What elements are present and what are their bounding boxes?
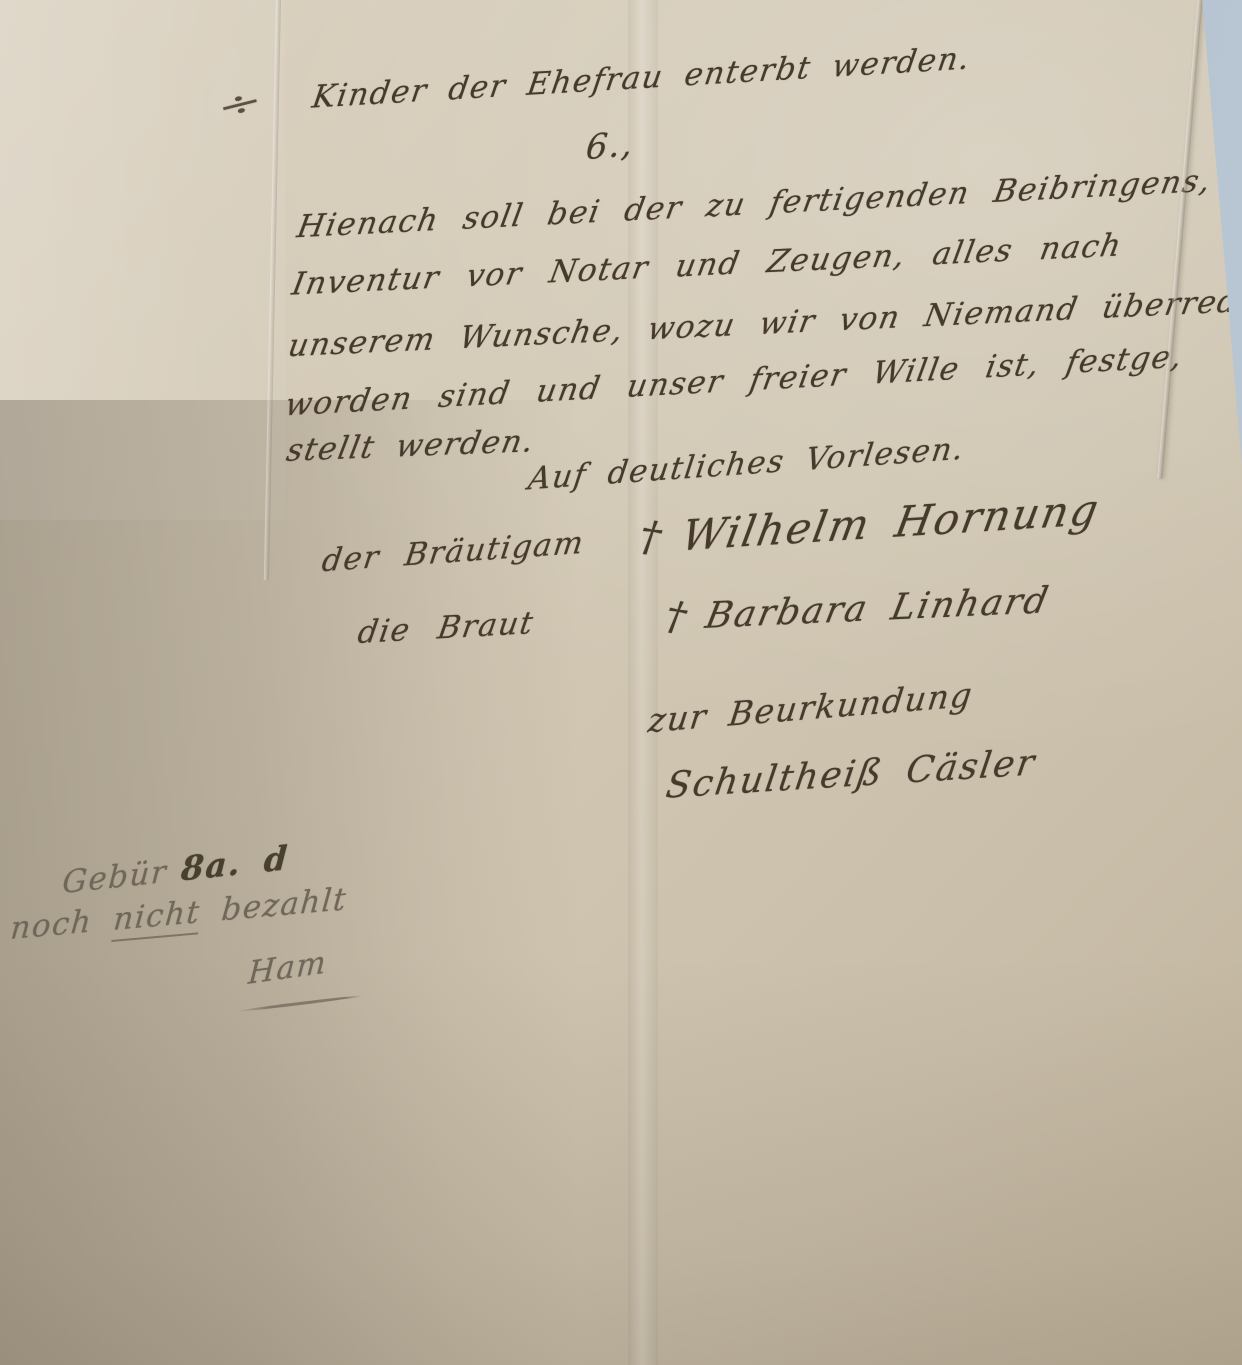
paper-edge-shadow [1157,0,1203,479]
bride-cross-mark-icon: † [662,592,691,641]
fee-amount: 8a. d [180,838,290,889]
fold-crease-left [264,0,281,580]
fee-note-pre: noch [9,902,115,947]
groom-cross-mark-icon: † [637,511,666,563]
document-page: ÷ Kinder der Ehefrau enterbt werden. 6.,… [0,0,1242,1365]
fee-label: Gebür [61,854,168,901]
groom-signature: Wilhelm Hornung [678,485,1104,561]
closing-phrase: Auf deutliches Vorlesen. [526,431,967,498]
photo-backdrop: ÷ Kinder der Ehefrau enterbt werden. 6.,… [0,0,1242,1365]
groom-label: der Bräutigam [320,525,587,580]
fee-note-post: bezahlt [199,881,349,930]
top-left-light-patch [0,0,285,520]
section-number: 6., [584,124,635,169]
paragraph-line-5: stellt werden. [284,423,538,469]
clerk-paraph: Ham [247,944,328,992]
fee-note-underlined-word: nicht [112,894,202,942]
attestation-line-2: Schultheiß Cäsler [663,742,1039,807]
continuation-mark: ÷ [213,79,269,129]
paraph-flourish [236,994,363,1013]
attestation-line-1: zur Beurkundung [646,675,976,741]
bride-signature: Barbara Linhard [702,580,1053,637]
bride-label: die Braut [355,605,536,651]
fee-note-line-2: noch nicht bezahlt [9,881,349,947]
heading-line: Kinder der Ehefrau enterbt werden. [310,40,973,115]
